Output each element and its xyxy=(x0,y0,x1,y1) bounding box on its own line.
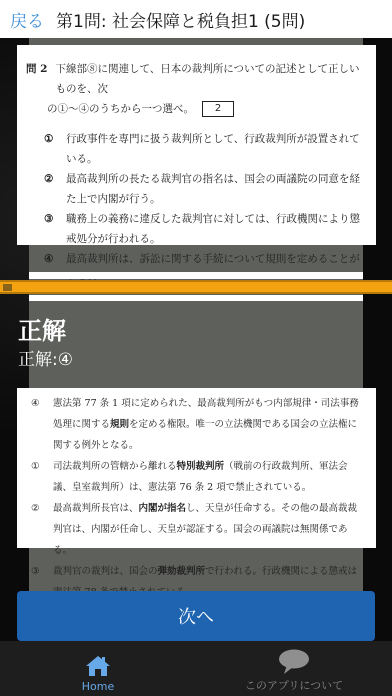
explanation-item: ② 最高裁判所長官は、内閣が指名し、天皇が任命する。その他の最高裁裁判官は、内閣… xyxy=(31,498,364,561)
bottom-tab-bar: Home このアプリについて xyxy=(0,641,392,696)
explanation-item: ④ 憲法第 77 条 1 項に定められた、最高裁判所がもつ内部規律・司法事務処理… xyxy=(31,393,364,456)
answer-box: 2 xyxy=(202,101,234,117)
explanation-keyword: 特別裁判所 xyxy=(177,461,225,472)
next-button[interactable]: 次へ xyxy=(17,591,375,641)
home-icon xyxy=(84,654,112,678)
drag-handle-icon[interactable] xyxy=(3,284,12,291)
option-item: ① 行政事件を専門に扱う裁判所として、行政裁判所が設置されている。 xyxy=(26,129,364,169)
divider-strip-bottom xyxy=(29,295,363,301)
explanation-marker: ④ xyxy=(31,393,53,456)
option-text: 行政事件を専門に扱う裁判所として、行政裁判所が設置されている。 xyxy=(66,129,364,169)
option-marker: ① xyxy=(44,129,66,169)
tab-about[interactable]: このアプリについて xyxy=(196,641,392,696)
question-stem-line1: 下線部⑧に関連して、日本の裁判所についての記述として正しいものを、次 xyxy=(55,59,364,99)
explanation-marker: ② xyxy=(31,498,53,561)
tab-home[interactable]: Home xyxy=(0,641,196,696)
result-answer: 正解:④ xyxy=(18,345,73,370)
tab-about-label: このアプリについて xyxy=(245,677,343,693)
back-button[interactable]: 戻る xyxy=(10,7,44,32)
explanation-keyword: 弾劾裁判所 xyxy=(158,566,206,577)
explanation-text: 裁判官の裁判は、国会の xyxy=(53,566,158,577)
question-number: 問 2 xyxy=(26,59,47,99)
speech-bubble-icon xyxy=(278,649,310,675)
option-item: ③ 職務上の義務に違反した裁判官に対しては、行政機関により懲戒処分が行われる。 xyxy=(26,209,364,249)
explanation-text: 司法裁判所の管轄から離れる xyxy=(53,461,177,472)
splitter-bar[interactable] xyxy=(0,280,392,294)
explanation-keyword: 規則 xyxy=(110,419,129,430)
explanation-text: 最高裁判所長官は、 xyxy=(53,503,139,514)
page-title: 第1問: 社会保障と税負担1 (5問) xyxy=(56,7,305,32)
option-text: 職務上の義務に違反した裁判官に対しては、行政機関により懲戒処分が行われる。 xyxy=(66,209,364,249)
explanation-keyword: 内閣が指名 xyxy=(139,503,187,514)
options-list: ① 行政事件を専門に扱う裁判所として、行政裁判所が設置されている。 ② 最高裁判… xyxy=(26,129,364,289)
explanation-marker: ① xyxy=(31,456,53,498)
option-marker: ③ xyxy=(44,209,66,249)
question-stem-line2: の①～④のうちから一つ選べ。 xyxy=(47,99,194,119)
header-bar: 戻る 第1問: 社会保障と税負担1 (5問) xyxy=(0,0,392,38)
divider-strip-top xyxy=(29,272,363,279)
question-image: 問 2 下線部⑧に関連して、日本の裁判所についての記述として正しいものを、次 の… xyxy=(17,45,376,245)
result-title: 正解 xyxy=(18,311,66,346)
option-text: 最高裁判所の長たる裁判官の指名は、国会の両議院の同意を経た上で内閣が行う。 xyxy=(66,169,364,209)
option-item: ② 最高裁判所の長たる裁判官の指名は、国会の両議院の同意を経た上で内閣が行う。 xyxy=(26,169,364,209)
explanation-item: ① 司法裁判所の管轄から離れる特別裁判所（戦前の行政裁判所、軍法会議、皇室裁判所… xyxy=(31,456,364,498)
option-marker: ② xyxy=(44,169,66,209)
tab-home-label: Home xyxy=(82,680,114,693)
explanation-image: ④ 憲法第 77 条 1 項に定められた、最高裁判所がもつ内部規律・司法事務処理… xyxy=(17,388,376,548)
